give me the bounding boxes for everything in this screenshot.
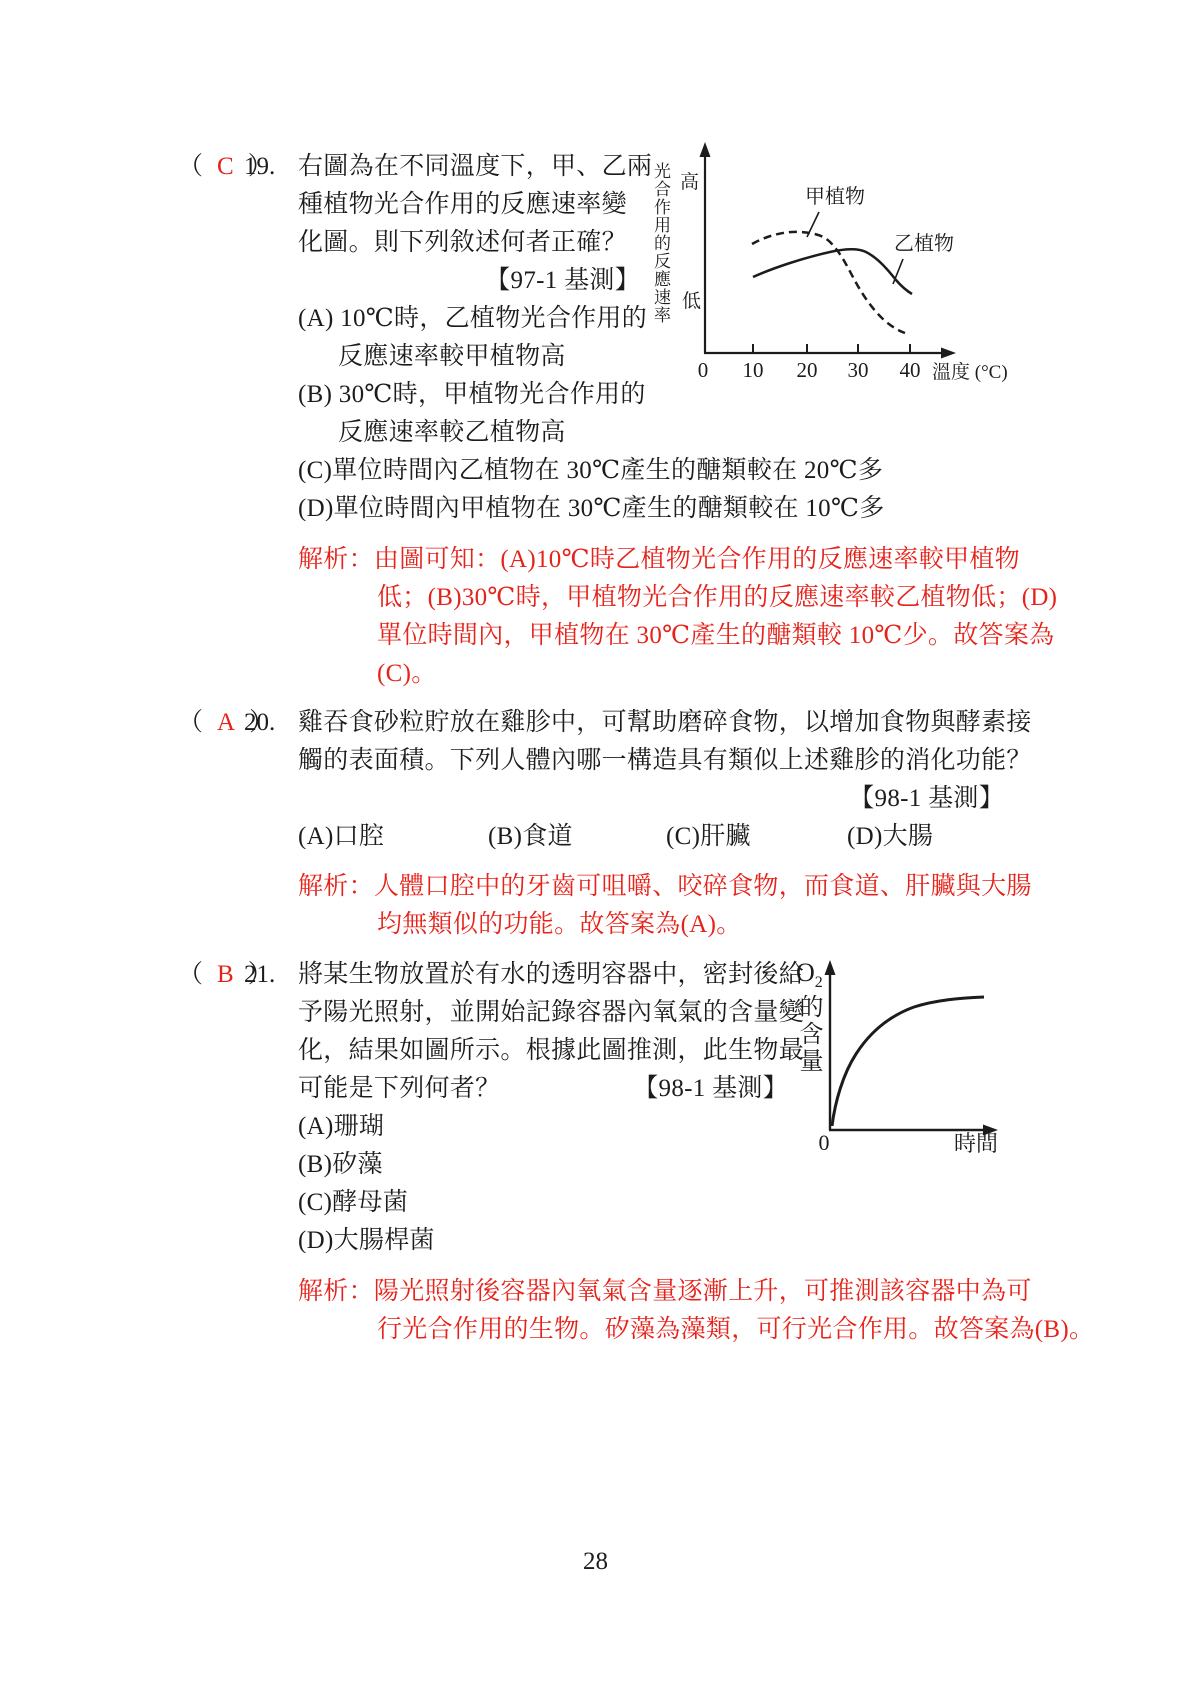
analysis-q19: 解析：由圖可知：(A)10℃時乙植物光合作用的反應速率較甲植物 低；(B)30℃… xyxy=(298,541,1057,693)
x-tick-20: 20 xyxy=(797,358,818,382)
option-b-q21: (B)矽藻 xyxy=(298,1146,804,1184)
option-c-q21: (C)酵母菌 xyxy=(298,1184,804,1222)
curve-oxygen xyxy=(832,997,984,1126)
o2-main: O xyxy=(796,958,815,987)
analysis-line: 均無類似的功能。故答案為(A)。 xyxy=(298,906,1032,944)
leader-line-yi xyxy=(893,259,903,284)
question-number-q21: 21. xyxy=(244,956,275,994)
options-row-q20: (A)口腔 (B)食道 (C)肝臟 (D)大腸 xyxy=(298,818,1008,856)
stem-line: 化，結果如圖所示。根據此圖推測，此生物最 xyxy=(298,1032,804,1070)
stem-line: 雞吞食砂粒貯放在雞胗中，可幫助磨碎食物，以增加食物與酵素接 xyxy=(298,704,1032,742)
answer-letter-q19: C xyxy=(203,153,248,180)
source-tag-q19: 【97-1 基測】 xyxy=(298,262,640,300)
question-body-q21: 將某生物放置於有水的透明容器中，密封後給 予陽光照射，並開始記錄容器內氧氣的含量… xyxy=(298,956,804,1260)
page-number: 28 xyxy=(0,1548,1191,1576)
analysis-line: 行光合作用的生物。矽藻為藻類，可行光合作用。故答案為(B)。 xyxy=(298,1311,1094,1349)
analysis-line: 由圖可知：(A)10℃時乙植物光合作用的反應速率較甲植物 xyxy=(374,546,1020,573)
question-number-q19: 19. xyxy=(244,148,275,186)
analysis-q21: 解析：陽光照射後容器內氧氣含量逐漸上升，可推測該容器中為可 行光合作用的生物。矽… xyxy=(298,1273,1094,1349)
analysis-line: 單位時間內，甲植物在 30℃產生的醣類較 10℃少。故答案為 xyxy=(298,617,1057,655)
source-tag-q20: 【98-1 基測】 xyxy=(298,780,1004,818)
analysis-q20: 解析：人體口腔中的牙齒可咀嚼、咬碎食物，而食道、肝臟與大腸 均無類似的功能。故答… xyxy=(298,868,1032,944)
x-tick-10: 10 xyxy=(743,358,764,382)
question-number-q20: 20. xyxy=(244,704,275,742)
curve-plant-yi-solid xyxy=(753,249,912,294)
o2-label: O2 xyxy=(796,960,823,991)
analysis-label: 解析： xyxy=(298,546,374,573)
answer-letter-q20: A xyxy=(203,709,249,736)
o2-subscript: 2 xyxy=(815,974,823,991)
leader-line-jia xyxy=(807,212,819,237)
stem-line: 可能是下列何者？ xyxy=(298,1070,500,1108)
option-d-q21: (D)大腸桿菌 xyxy=(298,1222,804,1260)
analysis-line: 陽光照射後容器內氧氣含量逐漸上升，可推測該容器中為可 xyxy=(374,1278,1032,1305)
series-label-yi: 乙植物 xyxy=(894,232,954,255)
x-tick-40: 40 xyxy=(900,358,921,382)
curve-plant-jia-dashed xyxy=(752,232,905,333)
y-axis-arrow xyxy=(825,960,836,975)
paren-open: （ xyxy=(178,153,203,180)
analysis-line: (C)。 xyxy=(298,655,1057,693)
option-c-q20: (C)肝臟 xyxy=(666,818,751,856)
paren-open: （ xyxy=(178,961,203,988)
figure-oxygen-time: 0 時間 O2 的含量 xyxy=(788,952,1003,1162)
series-label-jia: 甲植物 xyxy=(805,185,865,208)
option-d-q20: (D)大腸 xyxy=(847,818,933,856)
stem-line: 將某生物放置於有水的透明容器中，密封後給 xyxy=(298,956,804,994)
option-c-q19: (C)單位時間內乙植物在 30℃產生的醣類較在 20℃多 xyxy=(298,452,885,490)
stem-line: 予陽光照射，並開始記錄容器內氧氣的含量變 xyxy=(298,994,804,1032)
x-axis-label: 溫度 (°C) xyxy=(932,361,1008,383)
y-axis-label-vertical: 的含量 xyxy=(796,994,820,1075)
exam-page: （C） 19. 右圖為在不同溫度下，甲、乙兩 種植物光合作用的反應速率變 化圖。… xyxy=(0,0,1191,1684)
question-body-q20: 雞吞食砂粒貯放在雞胗中，可幫助磨碎食物，以增加食物與酵素接 觸的表面積。下列人體… xyxy=(298,704,1032,856)
option-a-q20: (A)口腔 xyxy=(298,818,384,856)
answer-letter-q21: B xyxy=(203,961,248,988)
x-axis-arrow xyxy=(941,348,956,359)
analysis-label: 解析： xyxy=(298,1278,374,1305)
option-d-q19: (D)單位時間內甲植物在 30℃產生的醣類較在 10℃多 xyxy=(298,490,885,528)
source-tag-q21: 【98-1 基測】 xyxy=(633,1070,788,1108)
y-low-label: 低 xyxy=(682,292,701,311)
paren-open: （ xyxy=(178,709,203,736)
figure-photosynthesis-temperature: 甲植物 乙植物 0 10 20 30 40 溫度 (°C) 光合作用的反應速率 … xyxy=(608,140,1020,385)
option-b-q20: (B)食道 xyxy=(488,818,573,856)
stem-and-source-q21: 可能是下列何者？ 【98-1 基測】 xyxy=(298,1070,788,1108)
analysis-label: 解析： xyxy=(298,873,374,900)
y-axis-label-vertical: 光合作用的反應速率 xyxy=(652,162,669,324)
x-tick-30: 30 xyxy=(848,358,869,382)
x-origin-label: 0 xyxy=(819,1130,830,1155)
x-tick-0: 0 xyxy=(698,358,709,382)
y-high-label: 高 xyxy=(680,173,699,192)
y-axis-arrow xyxy=(700,142,711,157)
option-b-cont-q19: 反應速率較乙植物高 xyxy=(298,414,885,452)
analysis-line: 低；(B)30℃時，甲植物光合作用的反應速率較乙植物低；(D) xyxy=(298,579,1057,617)
stem-line: 觸的表面積。下列人體內哪一構造具有類似上述雞胗的消化功能？ xyxy=(298,742,1032,780)
analysis-line: 人體口腔中的牙齒可咀嚼、咬碎食物，而食道、肝臟與大腸 xyxy=(374,873,1032,900)
x-axis-label: 時間 xyxy=(954,1131,998,1156)
option-a-q21: (A)珊瑚 xyxy=(298,1108,804,1146)
